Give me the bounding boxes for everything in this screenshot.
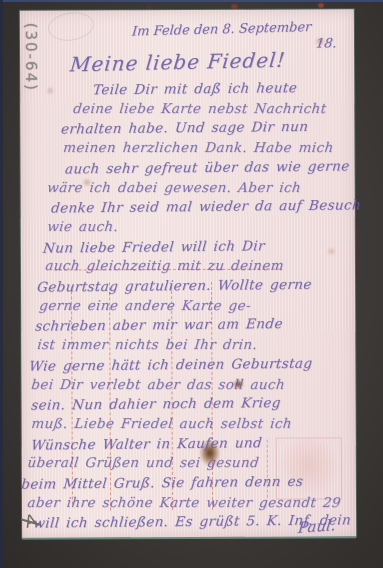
letter-line: Teile Dir mit daß ich heute (92, 78, 372, 101)
letter-body: Teile Dir mit daß ich heute deine liebe … (8, 79, 372, 534)
letter-line: Wünsche Walter in Kaufen und (30, 433, 336, 456)
letter-line: will ich schließen. Es grüßt 5. K. Inf. … (32, 512, 328, 535)
scanned-postcard-image: { "scan": { "archive_number": "(30-64)",… (0, 0, 383, 568)
letter-line: Nun liebe Friedel will ich Dir (42, 236, 356, 259)
letter-line: gerne eine andere Karte ge- (38, 297, 350, 317)
dateline-year: 18. (315, 36, 338, 51)
letter-line: erhalten habe. Und sage Dir nun (60, 118, 368, 141)
dust-speck (231, 4, 238, 9)
postmark-ghost (46, 9, 96, 43)
letter-line: aber ihre schöne Karte weiter gesandt 29 (26, 494, 330, 514)
letter-line: beim Mittel Gruß. Sie fahren denn es (20, 472, 332, 495)
letter-line: meinen herzlichen Dank. Habe mich (62, 139, 366, 159)
letter-line: überall Grüßen und sei gesund (26, 454, 334, 474)
scanner-edge-left (0, 0, 3, 568)
salutation: Meine liebe Fiedel! (69, 48, 287, 77)
letter-line: auch sehr gefreut über das wie gerne (64, 157, 364, 180)
scanner-edge-top (0, 0, 383, 2)
letter-line: Geburtstag gratulieren. Wollte gerne (36, 275, 352, 298)
postcard: (30-64) Im Felde den 8. September 18. Me… (20, 9, 356, 537)
letter-line: bei Dir verlebt aber das soll auch (30, 376, 342, 396)
letter-line: wie auch. (46, 218, 358, 238)
letter-line: ist immer nichts bei Ihr drin. (36, 336, 346, 356)
letter-line: schrieben aber mir war am Ende (34, 315, 348, 338)
signature: Paul. (298, 516, 337, 537)
letter-line: muß. Liebe Friedel auch selbst ich (30, 415, 338, 435)
dust-speck (147, 6, 151, 9)
letter-line: Wie gerne hätt ich deinen Geburtstag (28, 354, 344, 377)
letter-line: wäre ich dabei gewesen. Aber ich (46, 178, 362, 198)
archive-number-pencil: (30-64) (22, 23, 40, 92)
letter-line: sein. Nun dahier noch dem Krieg (30, 394, 340, 417)
letter-line: denke Ihr seid mal wieder da auf Besuch (50, 197, 360, 220)
dust-speck (318, 3, 324, 8)
letter-line: auch gleichzeitig mit zu deinem (44, 257, 354, 277)
letter-line: deine liebe Karte nebst Nachricht (72, 100, 370, 120)
